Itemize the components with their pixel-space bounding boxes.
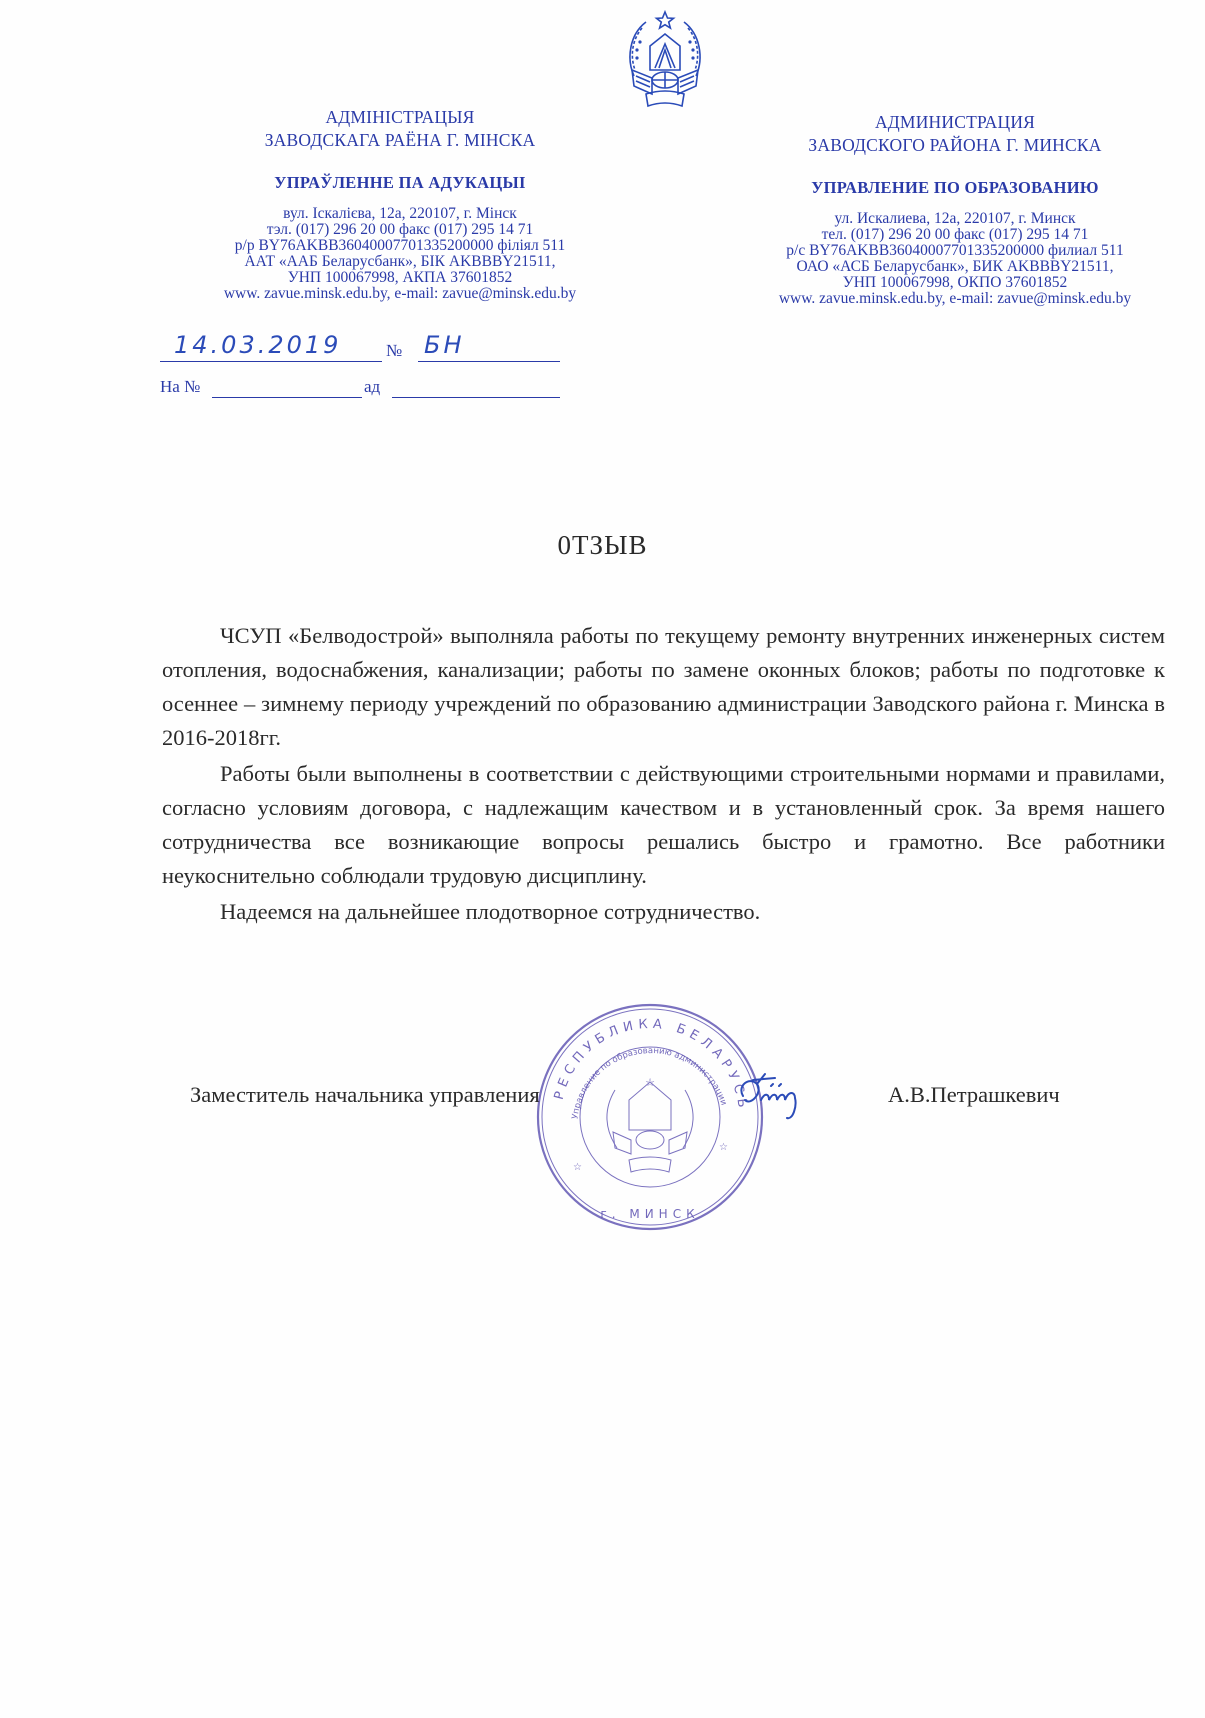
registration-block: 14.03.2019 № БН На № ад [160, 335, 560, 407]
date-number-row: 14.03.2019 № БН [160, 335, 560, 371]
phone-line: тел. (017) 296 20 00 факс (017) 295 14 7… [705, 227, 1205, 243]
org-name-line1: АДМИНИСТРАЦИЯ [705, 111, 1205, 134]
tax-id-line: УНП 100067998, ОКПО 37601852 [705, 275, 1205, 291]
bank-name-line: ААТ «ААБ Беларусбанк», БІК AKBBBY21511, [150, 254, 650, 270]
stamp-bottom-text: г. МИНСК [600, 1207, 699, 1221]
signatory-name: А.В.Петрашкевич [888, 1082, 1060, 1108]
svg-text:☆: ☆ [573, 1162, 582, 1173]
number-label: № [386, 341, 402, 361]
state-emblem-icon [622, 8, 708, 116]
svg-text:Управление по образованию адми: Управление по образованию администрации … [533, 1000, 729, 1120]
bank-account-line: р/р BY76AKBB36040007701335200000 філіял … [150, 238, 650, 254]
address-line: ул. Искалиева, 12а, 220107, г. Минск [705, 211, 1205, 227]
official-stamp-icon: РЕСПУБЛИКА БЕЛАРУСЬ Управление по образо… [533, 1000, 768, 1235]
address-block: вул. Іскалієва, 12а, 220107, г. Мінск тэ… [150, 206, 650, 302]
phone-line: тэл. (017) 296 20 00 факс (017) 295 14 7… [150, 222, 650, 238]
document-title: 0ТЗЫВ [0, 530, 1205, 561]
org-name-line1: АДМІНІСТРАЦЫЯ [150, 106, 650, 129]
handwritten-number: БН [424, 331, 465, 359]
org-name-line2: ЗАВОДСКАГА РАЁНА Г. МІНСКА [150, 129, 650, 152]
signatory-position: Заместитель начальника управления [190, 1082, 540, 1108]
address-block: ул. Искалиева, 12а, 220107, г. Минск тел… [705, 211, 1205, 307]
stamp-inner-text: Управление по образованию администрации … [533, 1000, 729, 1120]
reply-to-row: На № ад [160, 371, 560, 407]
document-page: АДМІНІСТРАЦЫЯ ЗАВОДСКАГА РАЁНА Г. МІНСКА… [0, 0, 1205, 1718]
department-name: УПРАВЛЕНИЕ ПО ОБРАЗОВАНИЮ [705, 177, 1205, 199]
web-email-line: www. zavue.minsk.edu.by, e-mail: zavue@m… [705, 291, 1205, 307]
handwritten-date: 14.03.2019 [174, 331, 341, 359]
paragraph: Работы были выполнены в соответствии с д… [162, 757, 1165, 893]
address-line: вул. Іскалієва, 12а, 220107, г. Мінск [150, 206, 650, 222]
web-email-line: www. zavue.minsk.edu.by, e-mail: zavue@m… [150, 286, 650, 302]
paragraph: Надеемся на дальнейшее плодотворное сотр… [162, 895, 1165, 929]
svg-text:☆: ☆ [645, 1076, 655, 1089]
reply-date-underline [392, 371, 560, 398]
org-name-line2: ЗАВОДСКОГО РАЙОНА Г. МИНСКА [705, 134, 1205, 157]
paragraph: ЧСУП «Белводострой» выполняла работы по … [162, 619, 1165, 755]
handwritten-signature-icon [735, 1066, 830, 1126]
reply-to-label: На № [160, 377, 200, 397]
header-russian: АДМИНИСТРАЦИЯ ЗАВОДСКОГО РАЙОНА Г. МИНСК… [705, 111, 1205, 307]
department-name: УПРАЎЛЕННЕ ПА АДУКАЦЫІ [150, 172, 650, 194]
header-belarusian: АДМІНІСТРАЦЫЯ ЗАВОДСКАГА РАЁНА Г. МІНСКА… [150, 106, 650, 302]
tax-id-line: УНП 100067998, АКПА 37601852 [150, 270, 650, 286]
letter-body: ЧСУП «Белводострой» выполняла работы по … [162, 619, 1165, 929]
svg-text:☆: ☆ [719, 1142, 728, 1153]
from-label: ад [364, 377, 380, 397]
reply-number-underline [212, 371, 362, 398]
bank-name-line: ОАО «АСБ Беларусбанк», БИК AKBBBY21511, [705, 259, 1205, 275]
bank-account-line: р/с BY76AKBB36040007701335200000 филиал … [705, 243, 1205, 259]
